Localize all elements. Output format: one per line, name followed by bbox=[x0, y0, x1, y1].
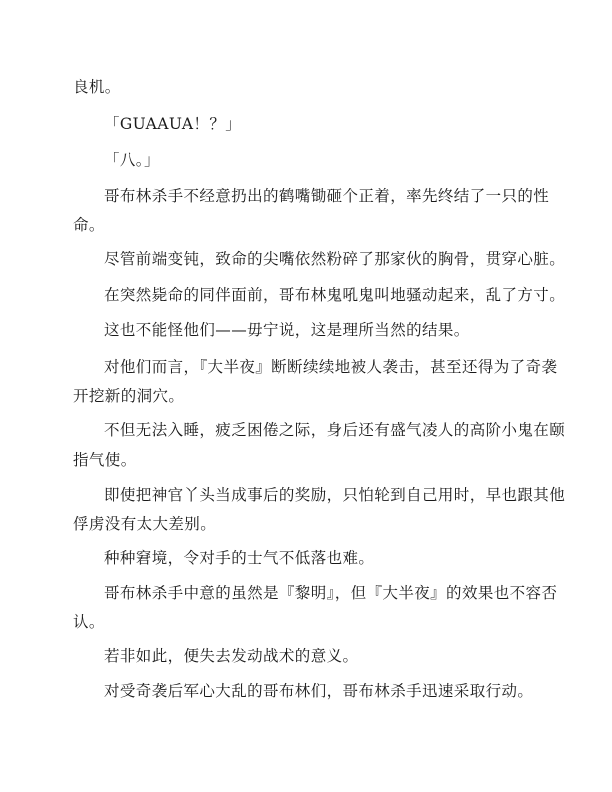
text-line: 哥布林杀手不经意扔出的鹤嘴锄砸个正着，率先终结了一只的性 bbox=[104, 186, 574, 206]
text-line: 良机。 bbox=[73, 77, 543, 97]
document-page: 良机。 「GUAAUA！？」 「八。」 哥布林杀手不经意扔出的鹤嘴锄砸个正着，率… bbox=[0, 0, 612, 792]
text-line: 开挖新的洞穴。 bbox=[73, 386, 543, 406]
text-line: 这也不能怪他们——毋宁说，这是理所当然的结果。 bbox=[104, 320, 574, 340]
text-line: 尽管前端变钝，致命的尖嘴依然粉碎了那家伙的胸骨，贯穿心脏。 bbox=[104, 249, 574, 269]
text-line: 指气使。 bbox=[73, 450, 543, 470]
text-line: 种种窘境，令对手的士气不低落也难。 bbox=[104, 548, 574, 568]
text-line: 不但无法入睡，疲乏困倦之际，身后还有盛气凌人的高阶小鬼在颐 bbox=[104, 420, 574, 440]
text-line: 即使把神官丫头当成事后的奖励，只怕轮到自己用时，早也跟其他 bbox=[104, 485, 574, 505]
text-line: 对他们而言，『大半夜』断断续续地被人袭击，甚至还得为了奇袭 bbox=[104, 357, 574, 377]
text-line: 命。 bbox=[73, 215, 543, 235]
text-line: 「八。」 bbox=[104, 150, 574, 170]
text-line: 若非如此，便失去发动战术的意义。 bbox=[104, 646, 574, 666]
text-line: 对受奇袭后军心大乱的哥布林们，哥布林杀手迅速采取行动。 bbox=[104, 681, 574, 701]
text-line: 在突然毙命的同伴面前，哥布林鬼吼鬼叫地骚动起来，乱了方寸。 bbox=[104, 285, 574, 305]
text-line: 认。 bbox=[73, 612, 543, 632]
text-line: 哥布林杀手中意的虽然是『黎明』，但『大半夜』的效果也不容否 bbox=[104, 583, 574, 603]
text-line: 「GUAAUA！？」 bbox=[104, 114, 574, 134]
text-line: 俘虏没有太大差别。 bbox=[73, 514, 543, 534]
